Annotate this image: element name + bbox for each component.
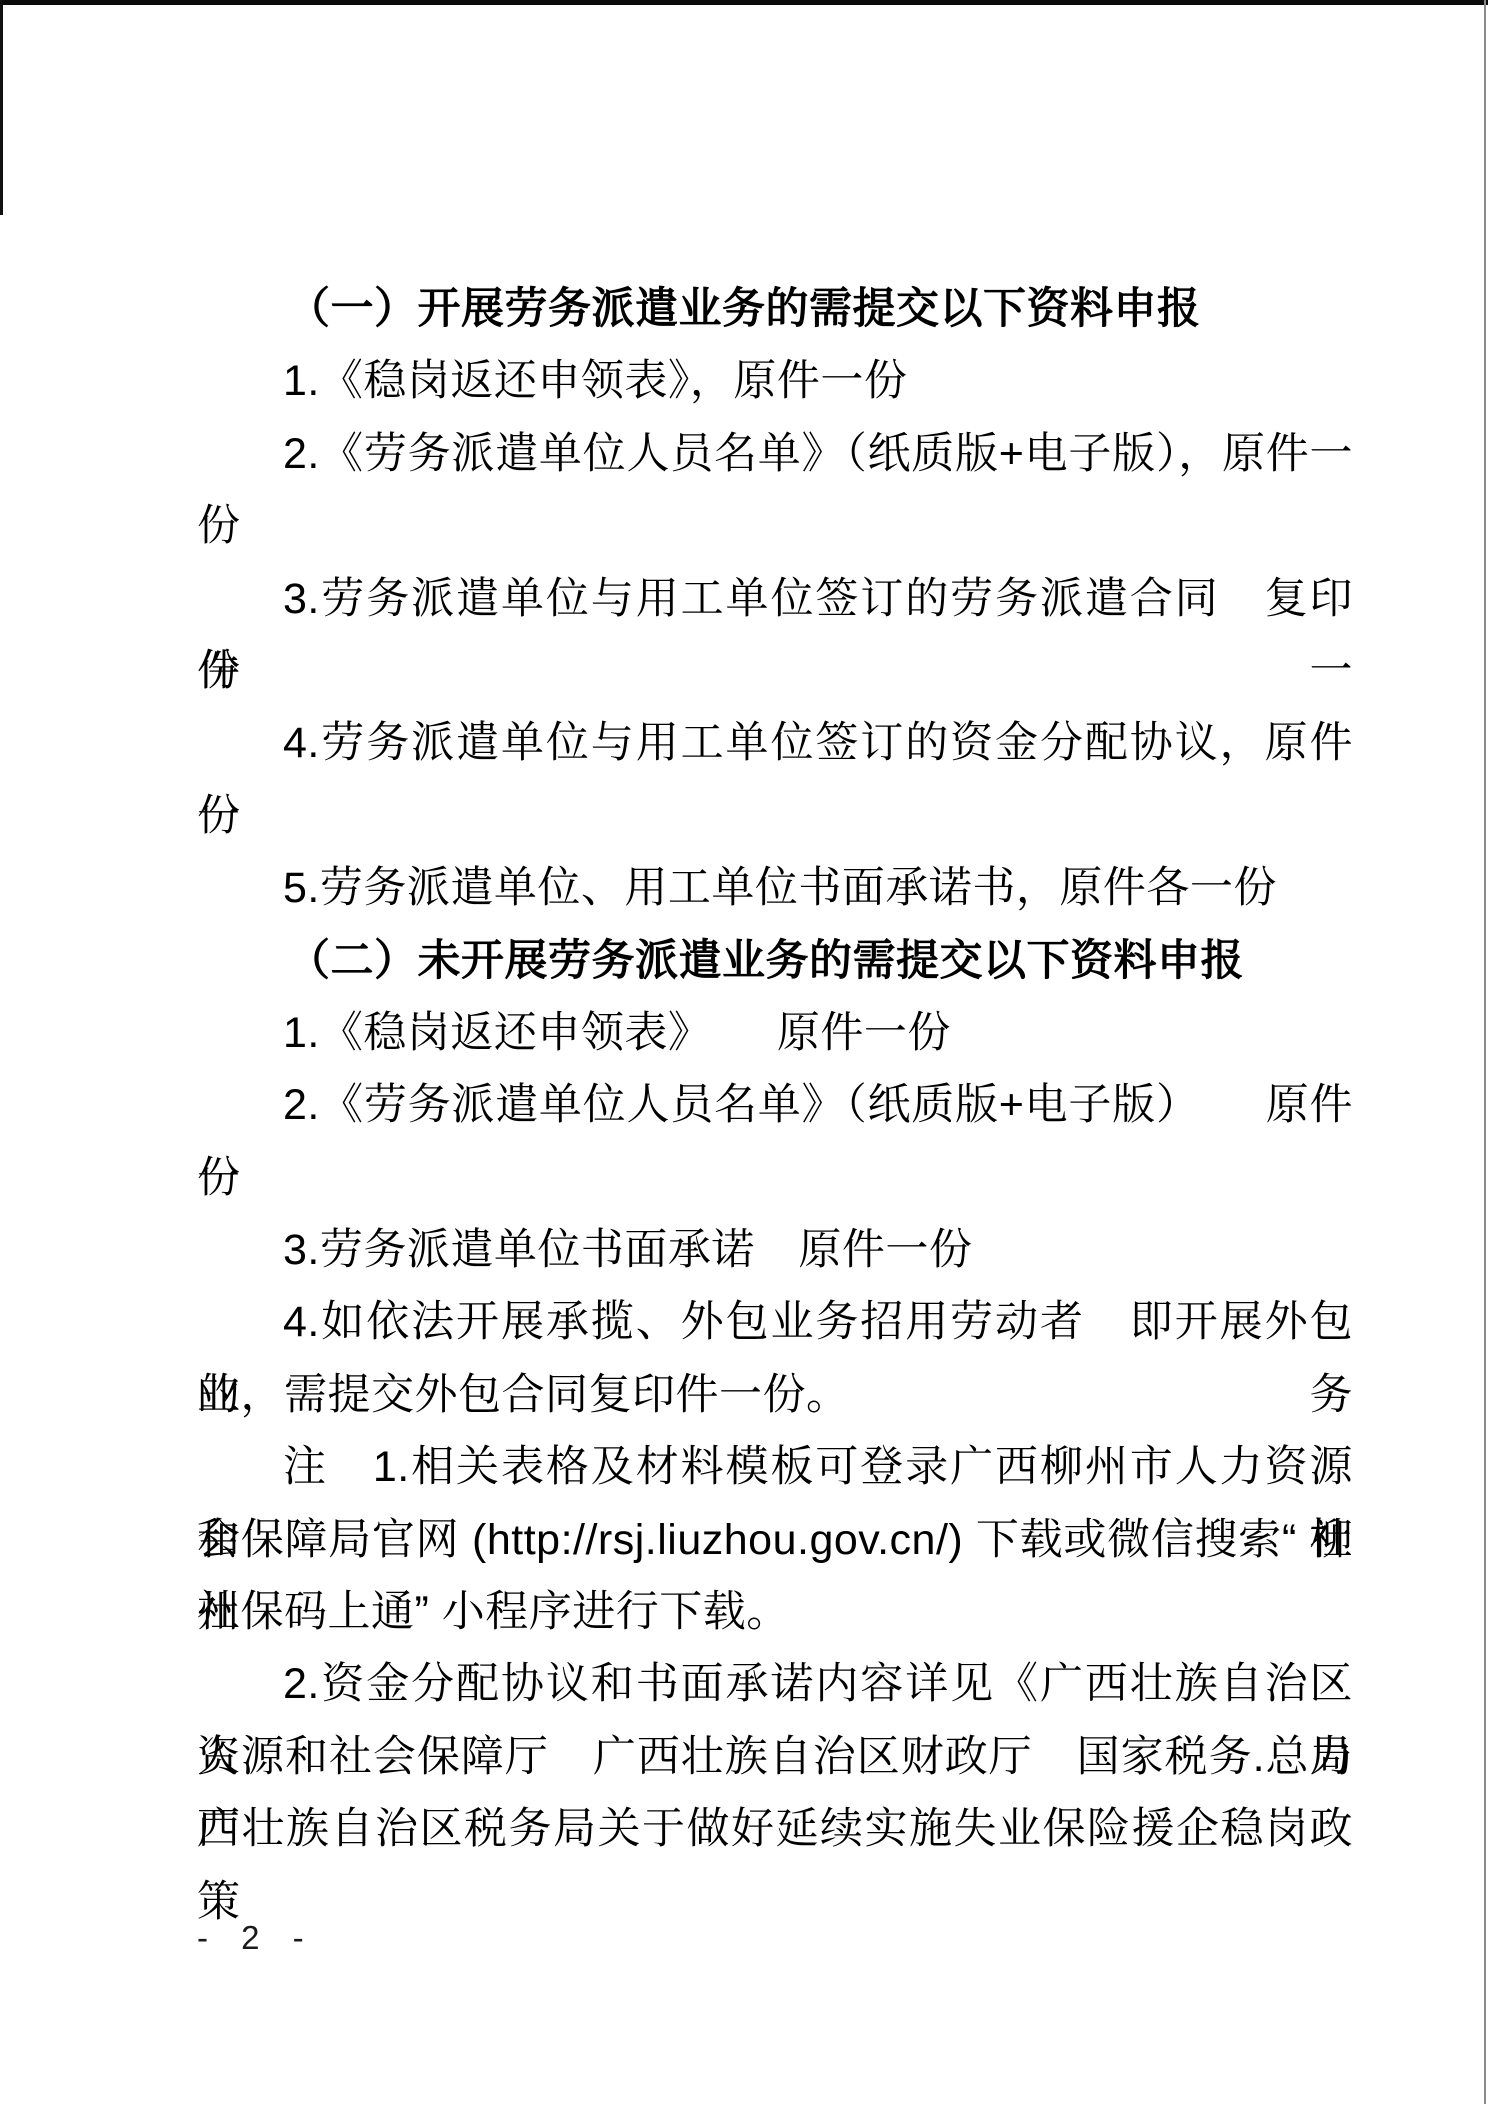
section-1-item-3: 3.劳务派遣单位与用工单位签订的劳务派遣合同 复印件一 xyxy=(197,563,1353,635)
section-1-item-4: 4.劳务派遣单位与用工单位签订的资金分配协议，原件一 xyxy=(197,707,1353,779)
note-1-line-3: 社保码上通” 小程序进行下载。 xyxy=(197,1576,1353,1648)
section-1-item-1: 1.《稳岗返还申领表》，原件一份 xyxy=(197,345,1353,417)
section-2-item-1: 1.《稳岗返还申领表》 原件一份 xyxy=(197,997,1353,1069)
note-2-line-1: 2.资金分配协议和书面承诺内容详见《广西壮族自治区人力 xyxy=(197,1648,1353,1720)
document-body: （一）开展劳务派遣业务的需提交以下资料申报 1.《稳岗返还申领表》，原件一份 2… xyxy=(197,273,1353,1866)
section-2-item-3: 3.劳务派遣单位书面承诺 原件一份 xyxy=(197,1214,1353,1286)
section-2-item-4: 4.如依法开展承揽、外包业务招用劳动者 即开展外包业务 xyxy=(197,1286,1353,1358)
section-1-item-5: 5.劳务派遣单位、用工单位书面承诺书，原件各一份 xyxy=(197,852,1353,924)
section-1-item-2: 2.《劳务派遣单位人员名单》（纸质版+电子版），原件一 xyxy=(197,418,1353,490)
scan-edge-top xyxy=(0,0,1488,5)
scanned-document-page: （一）开展劳务派遣业务的需提交以下资料申报 1.《稳岗返还申领表》，原件一份 2… xyxy=(0,0,1488,2104)
section-2-item-2-wrap: 份 xyxy=(197,1142,1353,1214)
scan-edge-left xyxy=(0,0,3,215)
note-2-line-2: 资源和社会保障厅 广西壮族自治区财政厅 国家税务.总局广 xyxy=(197,1721,1353,1793)
note-2-line-3: 西壮族自治区税务局关于做好延续实施失业保险援企稳岗政策 xyxy=(197,1793,1353,1865)
scan-edge-right xyxy=(1484,0,1486,2104)
note-1-line-1: 注 1.相关表格及材料模板可登录广西柳州市人力资源和社 xyxy=(197,1431,1353,1503)
page-number: - 2 - xyxy=(197,1918,316,1958)
section-1-item-4-wrap: 份 xyxy=(197,780,1353,852)
section-1-item-2-wrap: 份 xyxy=(197,490,1353,562)
section-2-heading: （二）未开展劳务派遣业务的需提交以下资料申报 xyxy=(197,925,1353,997)
note-1-line-2: 会保障局官网 (http://rsj.liuzhou.gov.cn/) 下载或微… xyxy=(197,1504,1353,1576)
section-1-heading: （一）开展劳务派遣业务的需提交以下资料申报 xyxy=(197,273,1353,345)
section-2-item-2: 2.《劳务派遣单位人员名单》（纸质版+电子版） 原件一 xyxy=(197,1069,1353,1141)
